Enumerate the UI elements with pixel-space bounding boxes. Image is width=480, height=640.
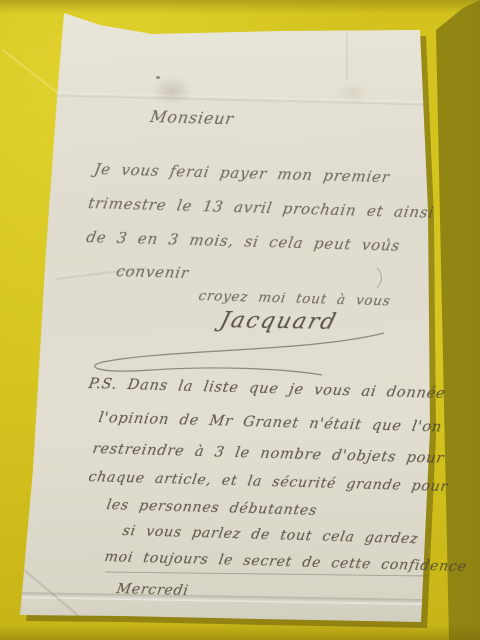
date-note: Mercredi: [115, 581, 190, 599]
letter-photograph: Monsieur Je vous ferai payer mon premier…: [0, 0, 480, 640]
handwriting-layer: Monsieur Je vous ferai payer mon premier…: [0, 0, 480, 640]
